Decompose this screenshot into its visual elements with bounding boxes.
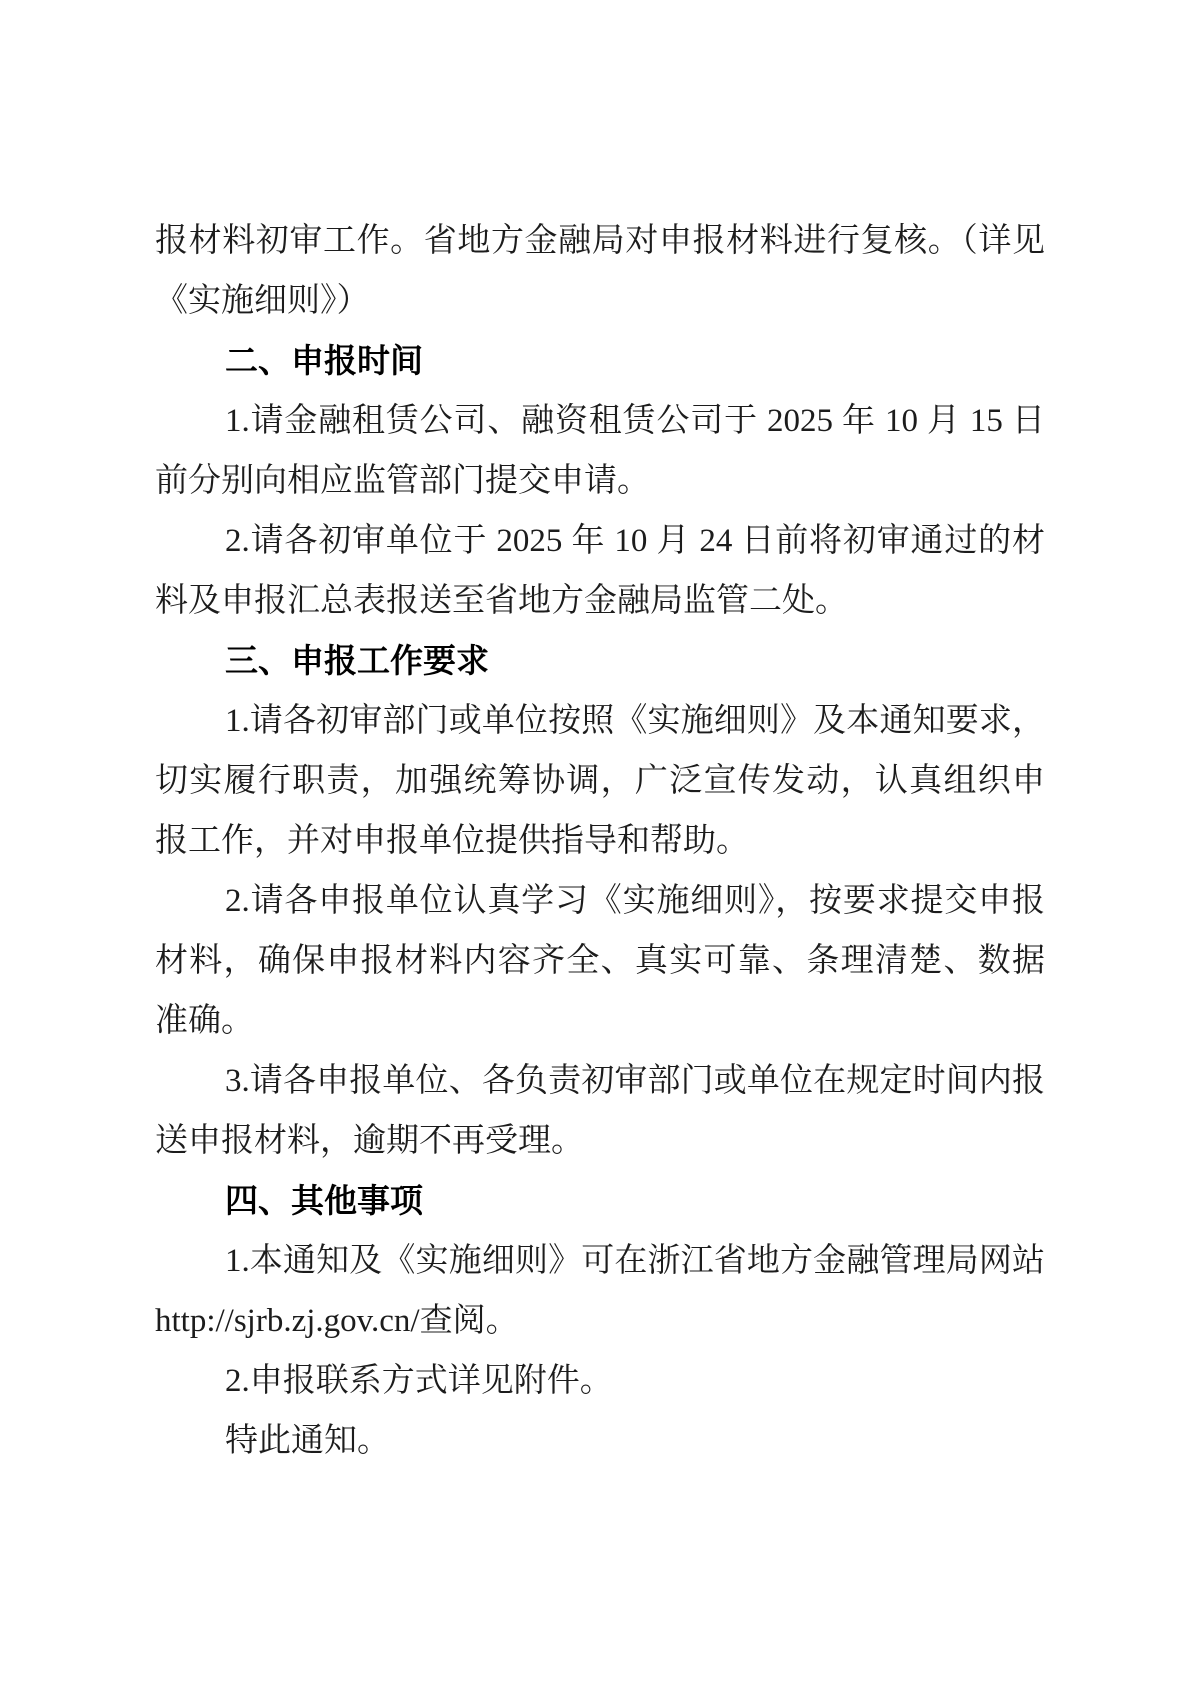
para-3-2: 2.请各申报单位认真学习《实施细则》，按要求提交申报材料，确保申报材料内容齐全、…	[155, 871, 1045, 1051]
document-page: 报材料初审工作。省地方金融局对申报材料进行复核。（详见《实施细则》） 二、申报时…	[0, 0, 1190, 1683]
heading-section-4: 四、其他事项	[155, 1171, 1045, 1231]
para-2-2: 2.请各初审单位于 2025 年 10 月 24 日前将初审通过的材料及申报汇总…	[155, 511, 1045, 631]
para-2-1: 1.请金融租赁公司、融资租赁公司于 2025 年 10 月 15 日前分别向相应…	[155, 391, 1045, 511]
heading-section-2: 二、申报时间	[155, 331, 1045, 391]
heading-section-3: 三、申报工作要求	[155, 631, 1045, 691]
para-4-2: 2.申报联系方式详见附件。	[155, 1351, 1045, 1411]
para-3-3: 3.请各申报单位、各负责初审部门或单位在规定时间内报送申报材料，逾期不再受理。	[155, 1051, 1045, 1171]
para-4-1-with-url: 1.本通知及《实施细则》可在浙江省地方金融管理局网站http://sjrb.zj…	[155, 1231, 1045, 1351]
para-3-1: 1.请各初审部门或单位按照《实施细则》及本通知要求，切实履行职责，加强统筹协调，…	[155, 691, 1045, 871]
document-text-block: 报材料初审工作。省地方金融局对申报材料进行复核。（详见《实施细则》） 二、申报时…	[155, 211, 1045, 1471]
para-closing: 特此通知。	[155, 1411, 1045, 1471]
para-continuation: 报材料初审工作。省地方金融局对申报材料进行复核。（详见《实施细则》）	[155, 211, 1045, 331]
